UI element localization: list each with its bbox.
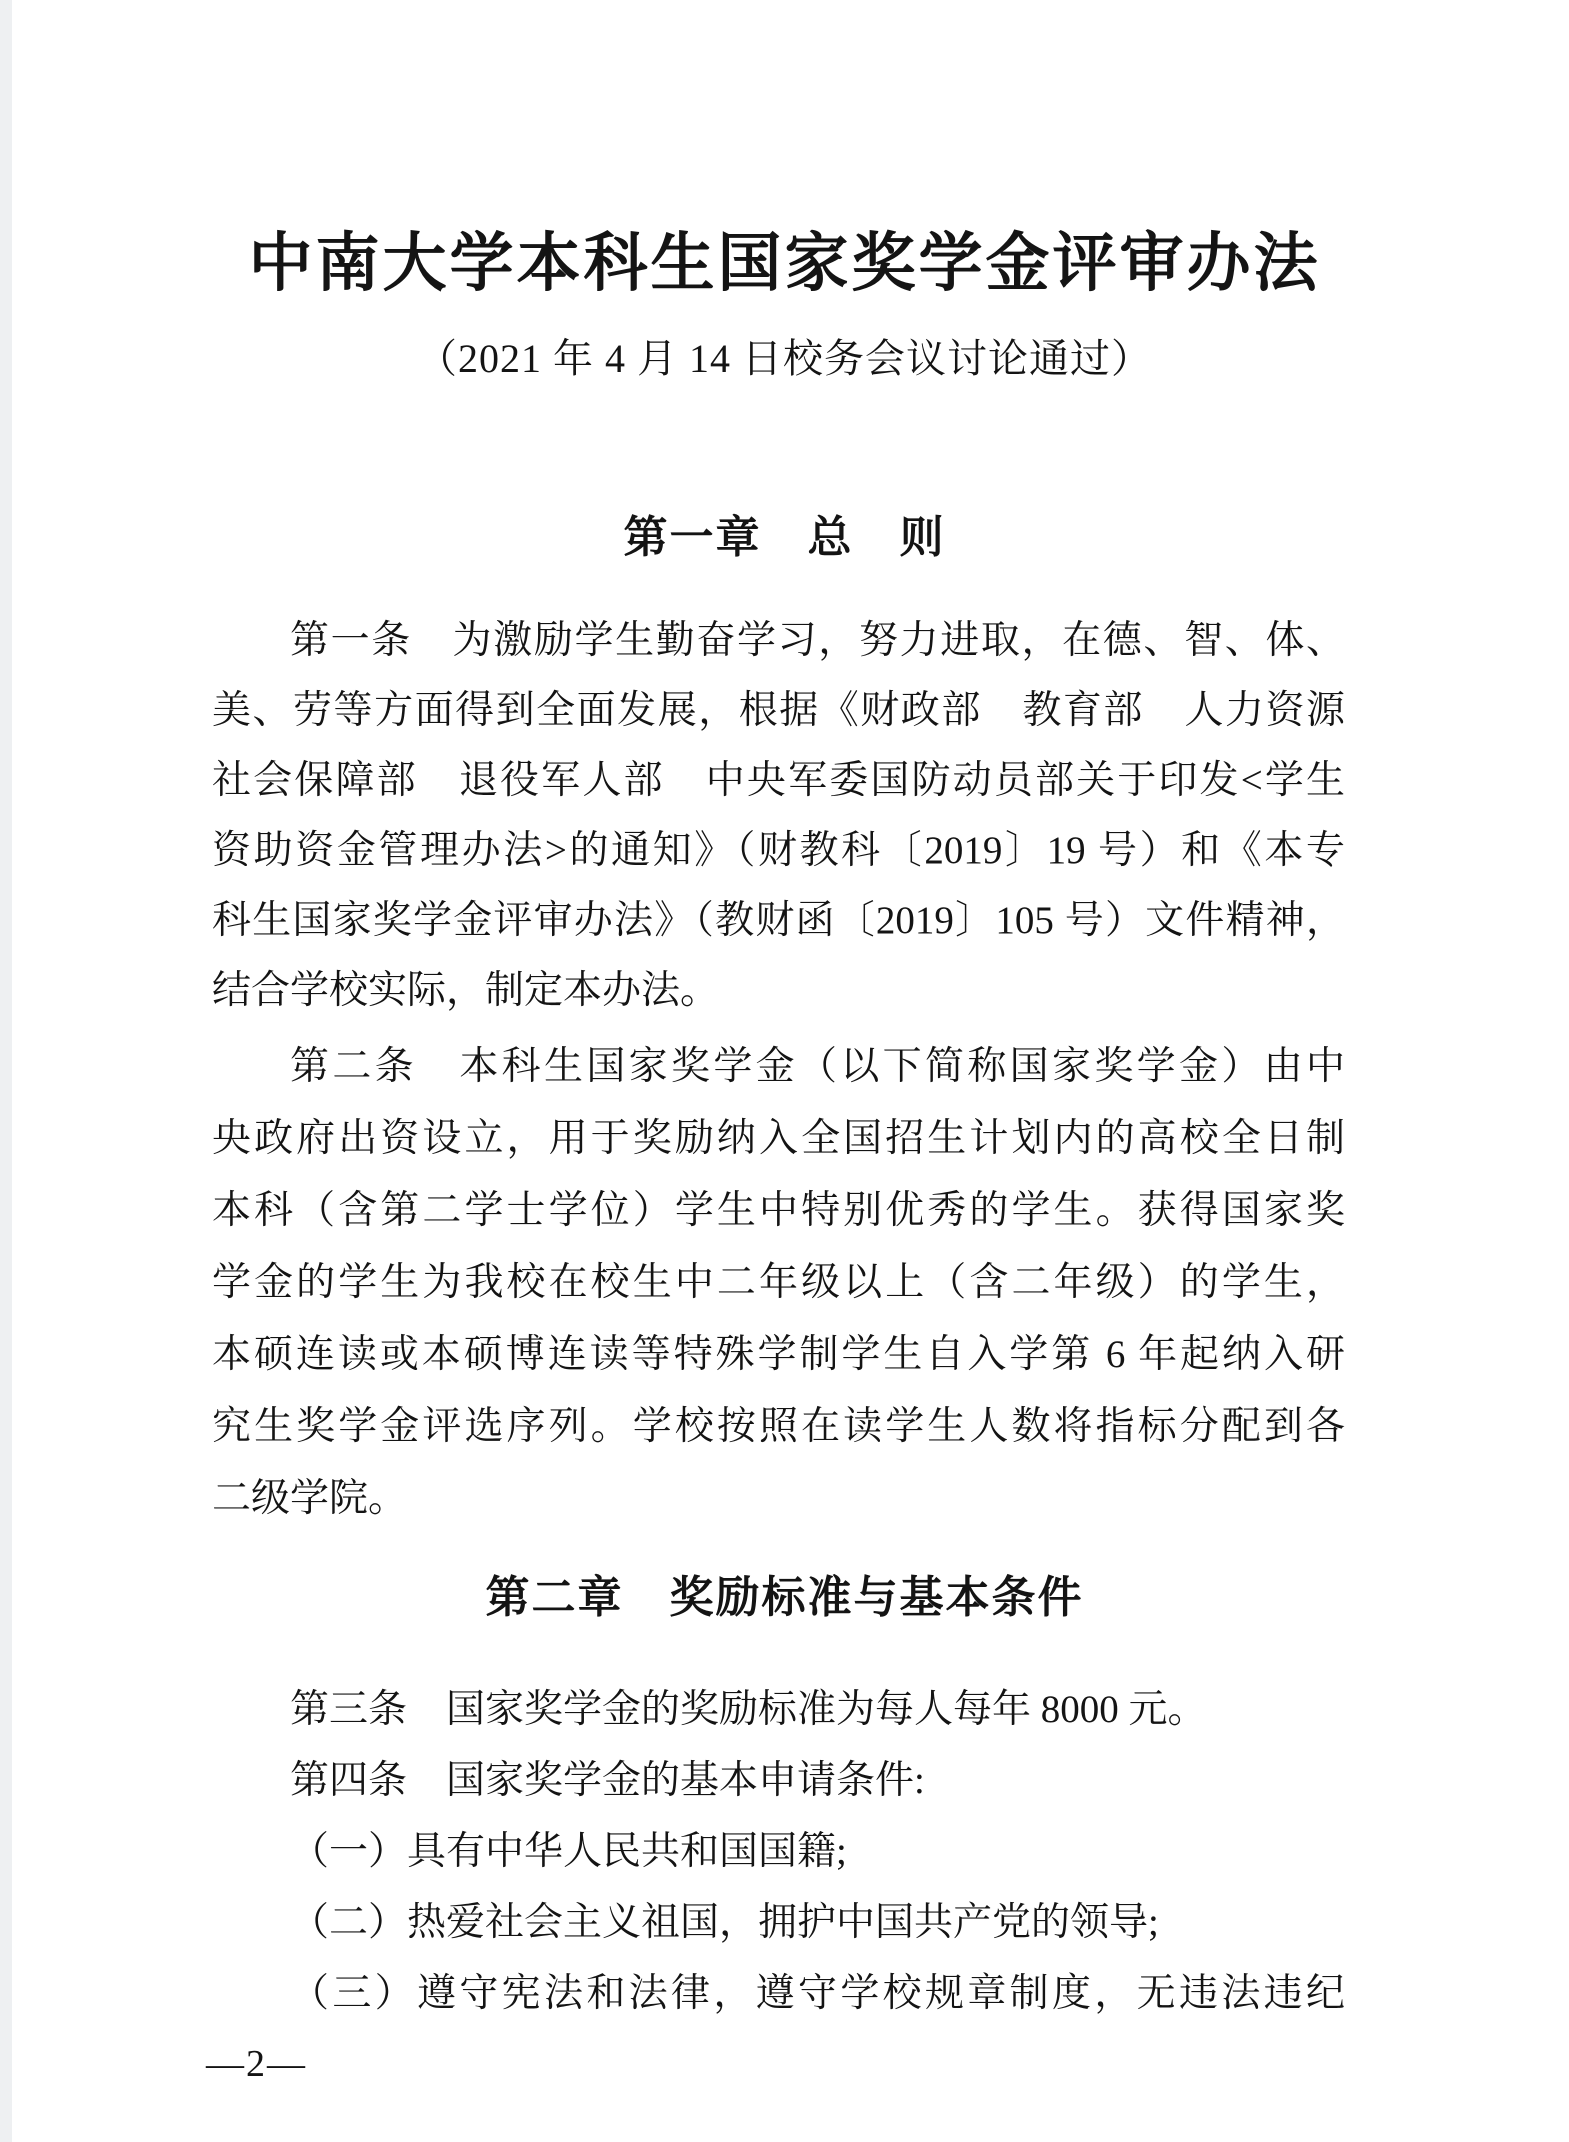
text-line: 第二条 本科生国家奖学金（以下简称国家奖学金）由中 (212, 1031, 1345, 1103)
articles-3-4-list: 第三条 国家奖学金的奖励标准为每人每年 8000 元。 第四条 国家奖学金的基本… (212, 1674, 1345, 2029)
article-2-paragraph: 第二条 本科生国家奖学金（以下简称国家奖学金）由中 央政府出资设立，用于奖励纳入… (212, 1031, 1345, 1535)
chapter-1-heading: 第一章 总 则 (0, 501, 1569, 565)
text-line: 本科（含第二学士学位）学生中特别优秀的学生。获得国家奖 (212, 1175, 1345, 1247)
text-line: （三）遵守宪法和法律，遵守学校规章制度，无违法违纪 (212, 1958, 1345, 2029)
text-line: 本硕连读或本硕博连读等特殊学制学生自入学第 6 年起纳入研 (212, 1319, 1345, 1391)
text-line: （一）具有中华人民共和国国籍; (212, 1816, 1345, 1887)
document-subtitle: （2021 年 4 月 14 日校务会议讨论通过） (0, 327, 1569, 384)
document-page: 中南大学本科生国家奖学金评审办法 （2021 年 4 月 14 日校务会议讨论通… (0, 0, 1569, 2142)
text-line: 资助资金管理办法>的通知》（财教科〔2019〕19 号）和《本专 (212, 816, 1345, 886)
chapter-2-heading: 第二章 奖励标准与基本条件 (0, 1561, 1569, 1625)
text-line: 第四条 国家奖学金的基本申请条件: (212, 1745, 1345, 1816)
text-line: 二级学院。 (212, 1463, 1345, 1535)
text-line: （二）热爱社会主义祖国，拥护中国共产党的领导; (212, 1887, 1345, 1958)
text-line: 科生国家奖学金评审办法》（教财函〔2019〕105 号）文件精神， (212, 886, 1345, 956)
text-line: 第一条 为激励学生勤奋学习，努力进取，在德、智、体、 (212, 606, 1345, 676)
scan-edge-shadow (0, 0, 12, 2142)
text-line: 社会保障部 退役军人部 中央军委国防动员部关于印发<学生 (212, 746, 1345, 816)
text-line: 央政府出资设立，用于奖励纳入全国招生计划内的高校全日制 (212, 1103, 1345, 1175)
text-line: 究生奖学金评选序列。学校按照在读学生人数将指标分配到各 (212, 1391, 1345, 1463)
text-line: 学金的学生为我校在校生中二年级以上（含二年级）的学生， (212, 1247, 1345, 1319)
text-line: 第三条 国家奖学金的奖励标准为每人每年 8000 元。 (212, 1674, 1345, 1745)
page-number: —2— (206, 2042, 307, 2086)
text-line: 美、劳等方面得到全面发展，根据《财政部 教育部 人力资源 (212, 676, 1345, 746)
text-line: 结合学校实际，制定本办法。 (212, 956, 1345, 1026)
document-title: 中南大学本科生国家奖学金评审办法 (0, 212, 1569, 304)
article-1-paragraph: 第一条 为激励学生勤奋学习，努力进取，在德、智、体、 美、劳等方面得到全面发展，… (212, 606, 1345, 1026)
